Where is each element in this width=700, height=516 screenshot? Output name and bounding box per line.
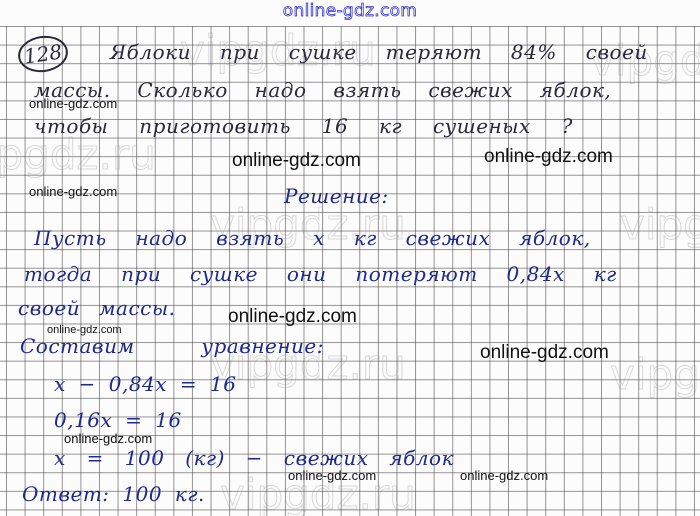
watermark-label: online-gdz.com (228, 306, 357, 328)
solution-line-1: Пусть надо взять x кг свежих яблок, (34, 226, 591, 250)
watermark-label: online-gdz.com (460, 468, 548, 483)
faint-watermark: vipgdz.ru (610, 350, 700, 399)
watermark-label: online-gdz.com (232, 150, 361, 172)
solution-heading: Решение: (284, 184, 389, 208)
answer-line: Ответ: 100 кг. (22, 482, 205, 506)
watermark-label: online-gdz.com (480, 342, 609, 364)
watermark-top: online-gdz.com (0, 1, 700, 21)
equation-2: 0,16x = 16 (54, 408, 182, 432)
problem-line-2: массы. Сколько надо взять свежих яблок, (34, 78, 611, 102)
watermark-label: online-gdz.com (288, 468, 376, 483)
watermark-label: online-gdz.com (64, 431, 152, 446)
notebook-page: online-gdz.com vipgdz.ru vipgdz.ru vipgd… (0, 0, 700, 516)
equation-1: x − 0,84x = 16 (54, 372, 236, 396)
equation-3: x = 100 (кг) − свежих яблок (54, 446, 454, 470)
solution-line-4: Составим уравнение: (20, 334, 324, 358)
faint-watermark: vipgdz.ru (620, 200, 700, 249)
problem-line-1: Яблоки при сушке теряют 84% своей (110, 40, 648, 64)
watermark-label: online-gdz.com (29, 96, 117, 111)
watermark-label: online-gdz.com (29, 184, 117, 199)
watermark-label: online-gdz.com (47, 324, 122, 336)
solution-line-3: своей массы. (18, 296, 176, 320)
problem-line-3: чтобы приготовить 16 кг сушеных ? (34, 114, 573, 138)
watermark-label: online-gdz.com (484, 146, 613, 168)
solution-line-2: тогда при сушке они потеряют 0,84x кг (24, 262, 617, 286)
